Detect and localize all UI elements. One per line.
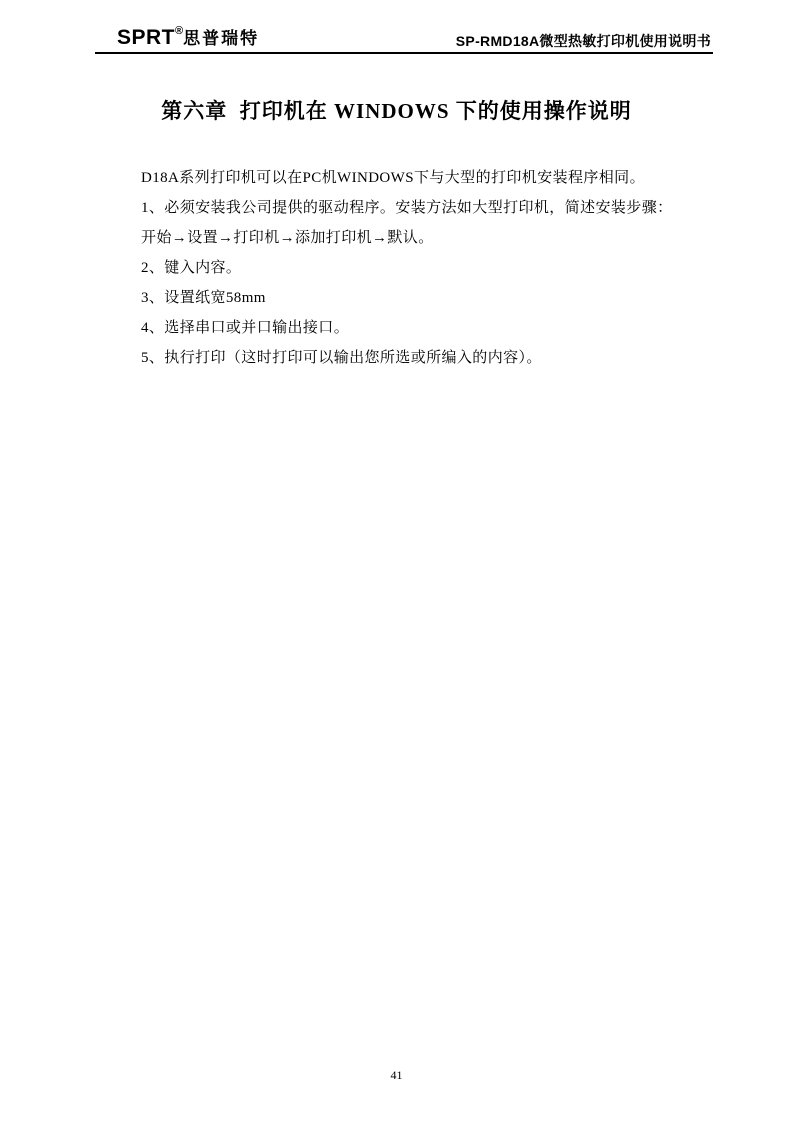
page-header: SPRT®思普瑞特 SP-RMD18A微型热敏打印机使用说明书 <box>95 0 713 52</box>
document-page: SPRT®思普瑞特 SP-RMD18A微型热敏打印机使用说明书 第六章 打印机在… <box>0 0 793 1122</box>
body-paragraph: 2、键入内容。 <box>141 253 741 283</box>
brand-name-latin: SPRT <box>117 26 175 49</box>
body-paragraph: 开始→设置→打印机→添加打印机→默认。 <box>141 223 741 253</box>
chapter-title: 第六章 打印机在 WINDOWS 下的使用操作说明 <box>0 95 793 125</box>
header-doc-title: SP-RMD18A微型热敏打印机使用说明书 <box>456 31 711 51</box>
body-paragraph: 1、必须安装我公司提供的驱动程序。安装方法如大型打印机，简述安装步骤： <box>141 193 741 223</box>
body-paragraph: 4、选择串口或并口输出接口。 <box>141 313 741 343</box>
body-paragraph: 5、执行打印（这时打印可以输出您所选或所编入的内容）。 <box>141 343 741 373</box>
body-paragraph: 3、设置纸宽58mm <box>141 283 741 313</box>
brand-logo: SPRT®思普瑞特 <box>117 24 259 50</box>
registered-trademark-symbol: ® <box>175 25 183 37</box>
brand-name-chinese: 思普瑞特 <box>183 29 259 48</box>
header-rule-divider <box>95 52 713 54</box>
body-paragraph: D18A系列打印机可以在PC机WINDOWS下与大型的打印机安装程序相同。 <box>141 163 741 193</box>
chapter-body: D18A系列打印机可以在PC机WINDOWS下与大型的打印机安装程序相同。 1、… <box>141 163 741 373</box>
page-number: 41 <box>0 1068 793 1083</box>
